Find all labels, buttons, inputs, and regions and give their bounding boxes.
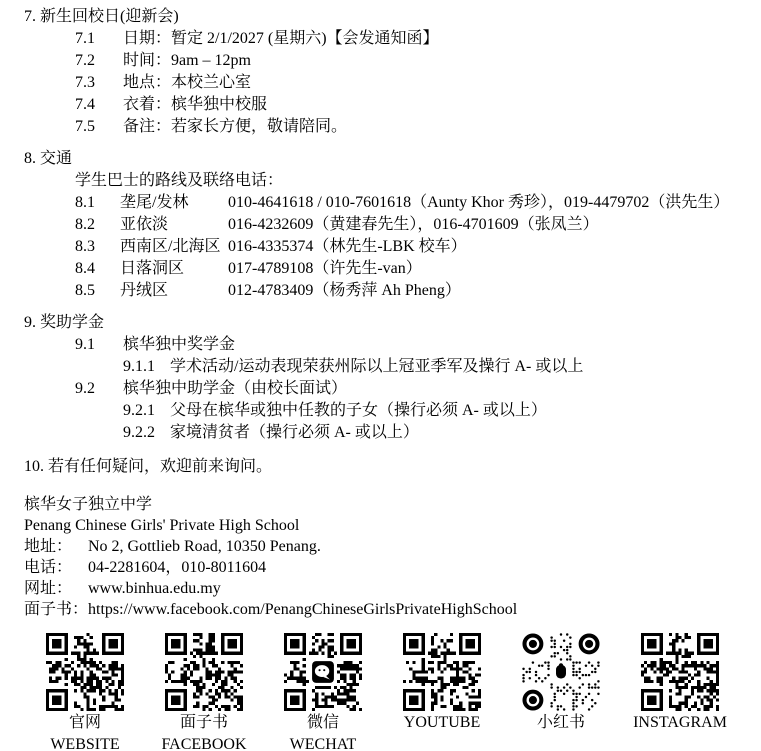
item-number: 7.4 [75, 94, 123, 116]
item-number: 8.3 [75, 236, 120, 258]
contact-row-phone: 电话： 04-2281604，010-8011604 [24, 557, 753, 578]
item-number: 8.1 [75, 192, 120, 214]
item-number: 7.5 [75, 116, 123, 138]
item-number: 9.2 [75, 378, 123, 400]
contact-value: www.binhua.edu.my [88, 578, 221, 599]
item-number: 8.5 [75, 280, 120, 302]
bus-route-phone: 017-4789108（许先生-van） [228, 258, 422, 280]
section8-heading: 8. 交通 [24, 148, 753, 170]
school-name-chinese: 槟华女子独立中学 [24, 494, 753, 515]
section-orientation-day: 7. 新生回校日(迎新会) 7.1 日期：暂定 2/1/2027 (星期六)【会… [24, 6, 753, 138]
contact-label: 网址： [24, 578, 88, 599]
bus-route-area: 日落洞区 [120, 258, 228, 280]
item-text: 父母在槟华或独中任教的子女（操行必须 A- 或以上） [170, 400, 547, 422]
contact-label: 电话： [24, 557, 88, 578]
qr-figure-youtube: YOUTUBE [403, 633, 481, 751]
bus-route-area: 垄尾/发林 [120, 192, 228, 214]
bus-route-phone: 010-4641618 / 010-7601618（Aunty Khor 秀珍）… [228, 192, 729, 214]
item-number: 7.3 [75, 72, 123, 94]
qr-figure-xiaohongshu: 小红书 [522, 633, 600, 751]
list-item: 9.2 槟华独中助学金（由校长面试） [75, 378, 753, 400]
xiaohongshu-qr-code-icon [522, 633, 600, 711]
item-number: 9.2.2 [123, 422, 170, 444]
instagram-qr-code-icon [641, 633, 719, 711]
document-page: 7. 新生回校日(迎新会) 7.1 日期：暂定 2/1/2027 (星期六)【会… [0, 0, 761, 751]
item-number: 9.2.1 [123, 400, 170, 422]
contact-value: https://www.facebook.com/PenangChineseGi… [88, 599, 517, 620]
section7-heading: 7. 新生回校日(迎新会) [24, 6, 753, 28]
qr-figure-wechat: 微信 WECHAT [284, 633, 362, 751]
bus-route-phone: 016-4335374（林先生-LBK 校车） [228, 236, 467, 258]
item-number: 7.2 [75, 50, 123, 72]
section8-intro: 学生巴士的路线及联络电话： [75, 170, 753, 192]
wechat-qr-code-icon [284, 633, 362, 711]
list-item: 7.3 地点：本校兰心室 [75, 72, 753, 94]
website-qr-code-icon [46, 633, 124, 711]
qr-figure-instagram: INSTAGRAM [641, 633, 719, 751]
contact-row-facebook: 面子书： https://www.facebook.com/PenangChin… [24, 599, 753, 620]
intro-text: 学生巴士的路线及联络电话： [75, 170, 283, 192]
bus-route-row: 8.4 日落洞区 017-4789108（许先生-van） [75, 258, 753, 280]
list-item: 9.2.1 父母在槟华或独中任教的子女（操行必须 A- 或以上） [123, 400, 753, 422]
contact-value: No 2, Gottlieb Road, 10350 Penang. [88, 536, 321, 557]
youtube-qr-code-icon [403, 633, 481, 711]
item-text: 槟华独中奖学金 [123, 334, 235, 356]
bus-route-area: 西南区/北海区 [120, 236, 228, 258]
bus-route-area: 丹绒区 [120, 280, 228, 302]
bus-route-phone: 012-4783409（杨秀萍 Ah Pheng） [228, 280, 461, 302]
facebook-qr-code-icon [165, 633, 243, 711]
list-item: 7.1 日期：暂定 2/1/2027 (星期六)【会发通知函】 [75, 28, 753, 50]
section-transport: 8. 交通 学生巴士的路线及联络电话： 8.1 垄尾/发林 010-464161… [24, 148, 753, 302]
list-item: 9.2.2 家境清贫者（操行必须 A- 或以上） [123, 422, 753, 444]
list-item: 9.1 槟华独中奖学金 [75, 334, 753, 356]
item-text: 备注：若家长方便，敬请陪同。 [123, 116, 347, 138]
bus-route-row: 8.1 垄尾/发林 010-4641618 / 010-7601618（Aunt… [75, 192, 753, 214]
item-text: 地点：本校兰心室 [123, 72, 251, 94]
bus-route-row: 8.3 西南区/北海区 016-4335374（林先生-LBK 校车） [75, 236, 753, 258]
item-text: 时间：9am – 12pm [123, 50, 251, 72]
item-text: 槟华独中助学金（由校长面试） [123, 378, 347, 400]
item-text: 学术活动/运动表现荣获州际以上冠亚季军及操行 A- 或以上 [170, 356, 583, 378]
list-item: 7.5 备注：若家长方便，敬请陪同。 [75, 116, 753, 138]
list-item: 9.1.1 学术活动/运动表现荣获州际以上冠亚季军及操行 A- 或以上 [123, 356, 753, 378]
item-number: 8.2 [75, 214, 120, 236]
bus-route-phone: 016-4232609（黄建春先生），016-4701609（张凤兰） [228, 214, 599, 236]
item-number: 9.1.1 [123, 356, 170, 378]
school-name-english: Penang Chinese Girls' Private High Schoo… [24, 515, 753, 536]
contact-block: 槟华女子独立中学 Penang Chinese Girls' Private H… [24, 494, 753, 620]
qr-figure-website: 官网 WEBSITE [46, 633, 124, 751]
item-text: 日期：暂定 2/1/2027 (星期六)【会发通知函】 [123, 28, 439, 50]
list-item: 7.2 时间：9am – 12pm [75, 50, 753, 72]
item-number: 9.1 [75, 334, 123, 356]
contact-value: 04-2281604，010-8011604 [88, 557, 266, 578]
qr-figure-facebook: 面子书 FACEBOOK [165, 633, 243, 751]
section10-note: 10. 若有任何疑问，欢迎前来询问。 [24, 456, 753, 478]
qr-row: 官网 WEBSITE 面子书 FACEBOOK 微信 WECHAT YOUTUB… [24, 633, 753, 751]
bus-route-row: 8.5 丹绒区 012-4783409（杨秀萍 Ah Pheng） [75, 280, 753, 302]
list-item: 7.4 衣着：槟华独中校服 [75, 94, 753, 116]
item-text: 衣着：槟华独中校服 [123, 94, 267, 116]
bus-route-area: 亚依淡 [120, 214, 228, 236]
qr-label: WECHAT [248, 735, 398, 751]
contact-row-address: 地址： No 2, Gottlieb Road, 10350 Penang. [24, 536, 753, 557]
item-number: 7.1 [75, 28, 123, 50]
section-scholarships: 9. 奖助学金 9.1 槟华独中奖学金 9.1.1 学术活动/运动表现荣获州际以… [24, 312, 753, 444]
contact-row-website: 网址： www.binhua.edu.my [24, 578, 753, 599]
contact-label: 地址： [24, 536, 88, 557]
bus-route-row: 8.2 亚依淡 016-4232609（黄建春先生），016-4701609（张… [75, 214, 753, 236]
item-number: 8.4 [75, 258, 120, 280]
item-text: 家境清贫者（操行必须 A- 或以上） [170, 422, 419, 444]
contact-label: 面子书： [24, 599, 88, 620]
section9-heading: 9. 奖助学金 [24, 312, 753, 334]
qr-label: INSTAGRAM [605, 713, 755, 733]
